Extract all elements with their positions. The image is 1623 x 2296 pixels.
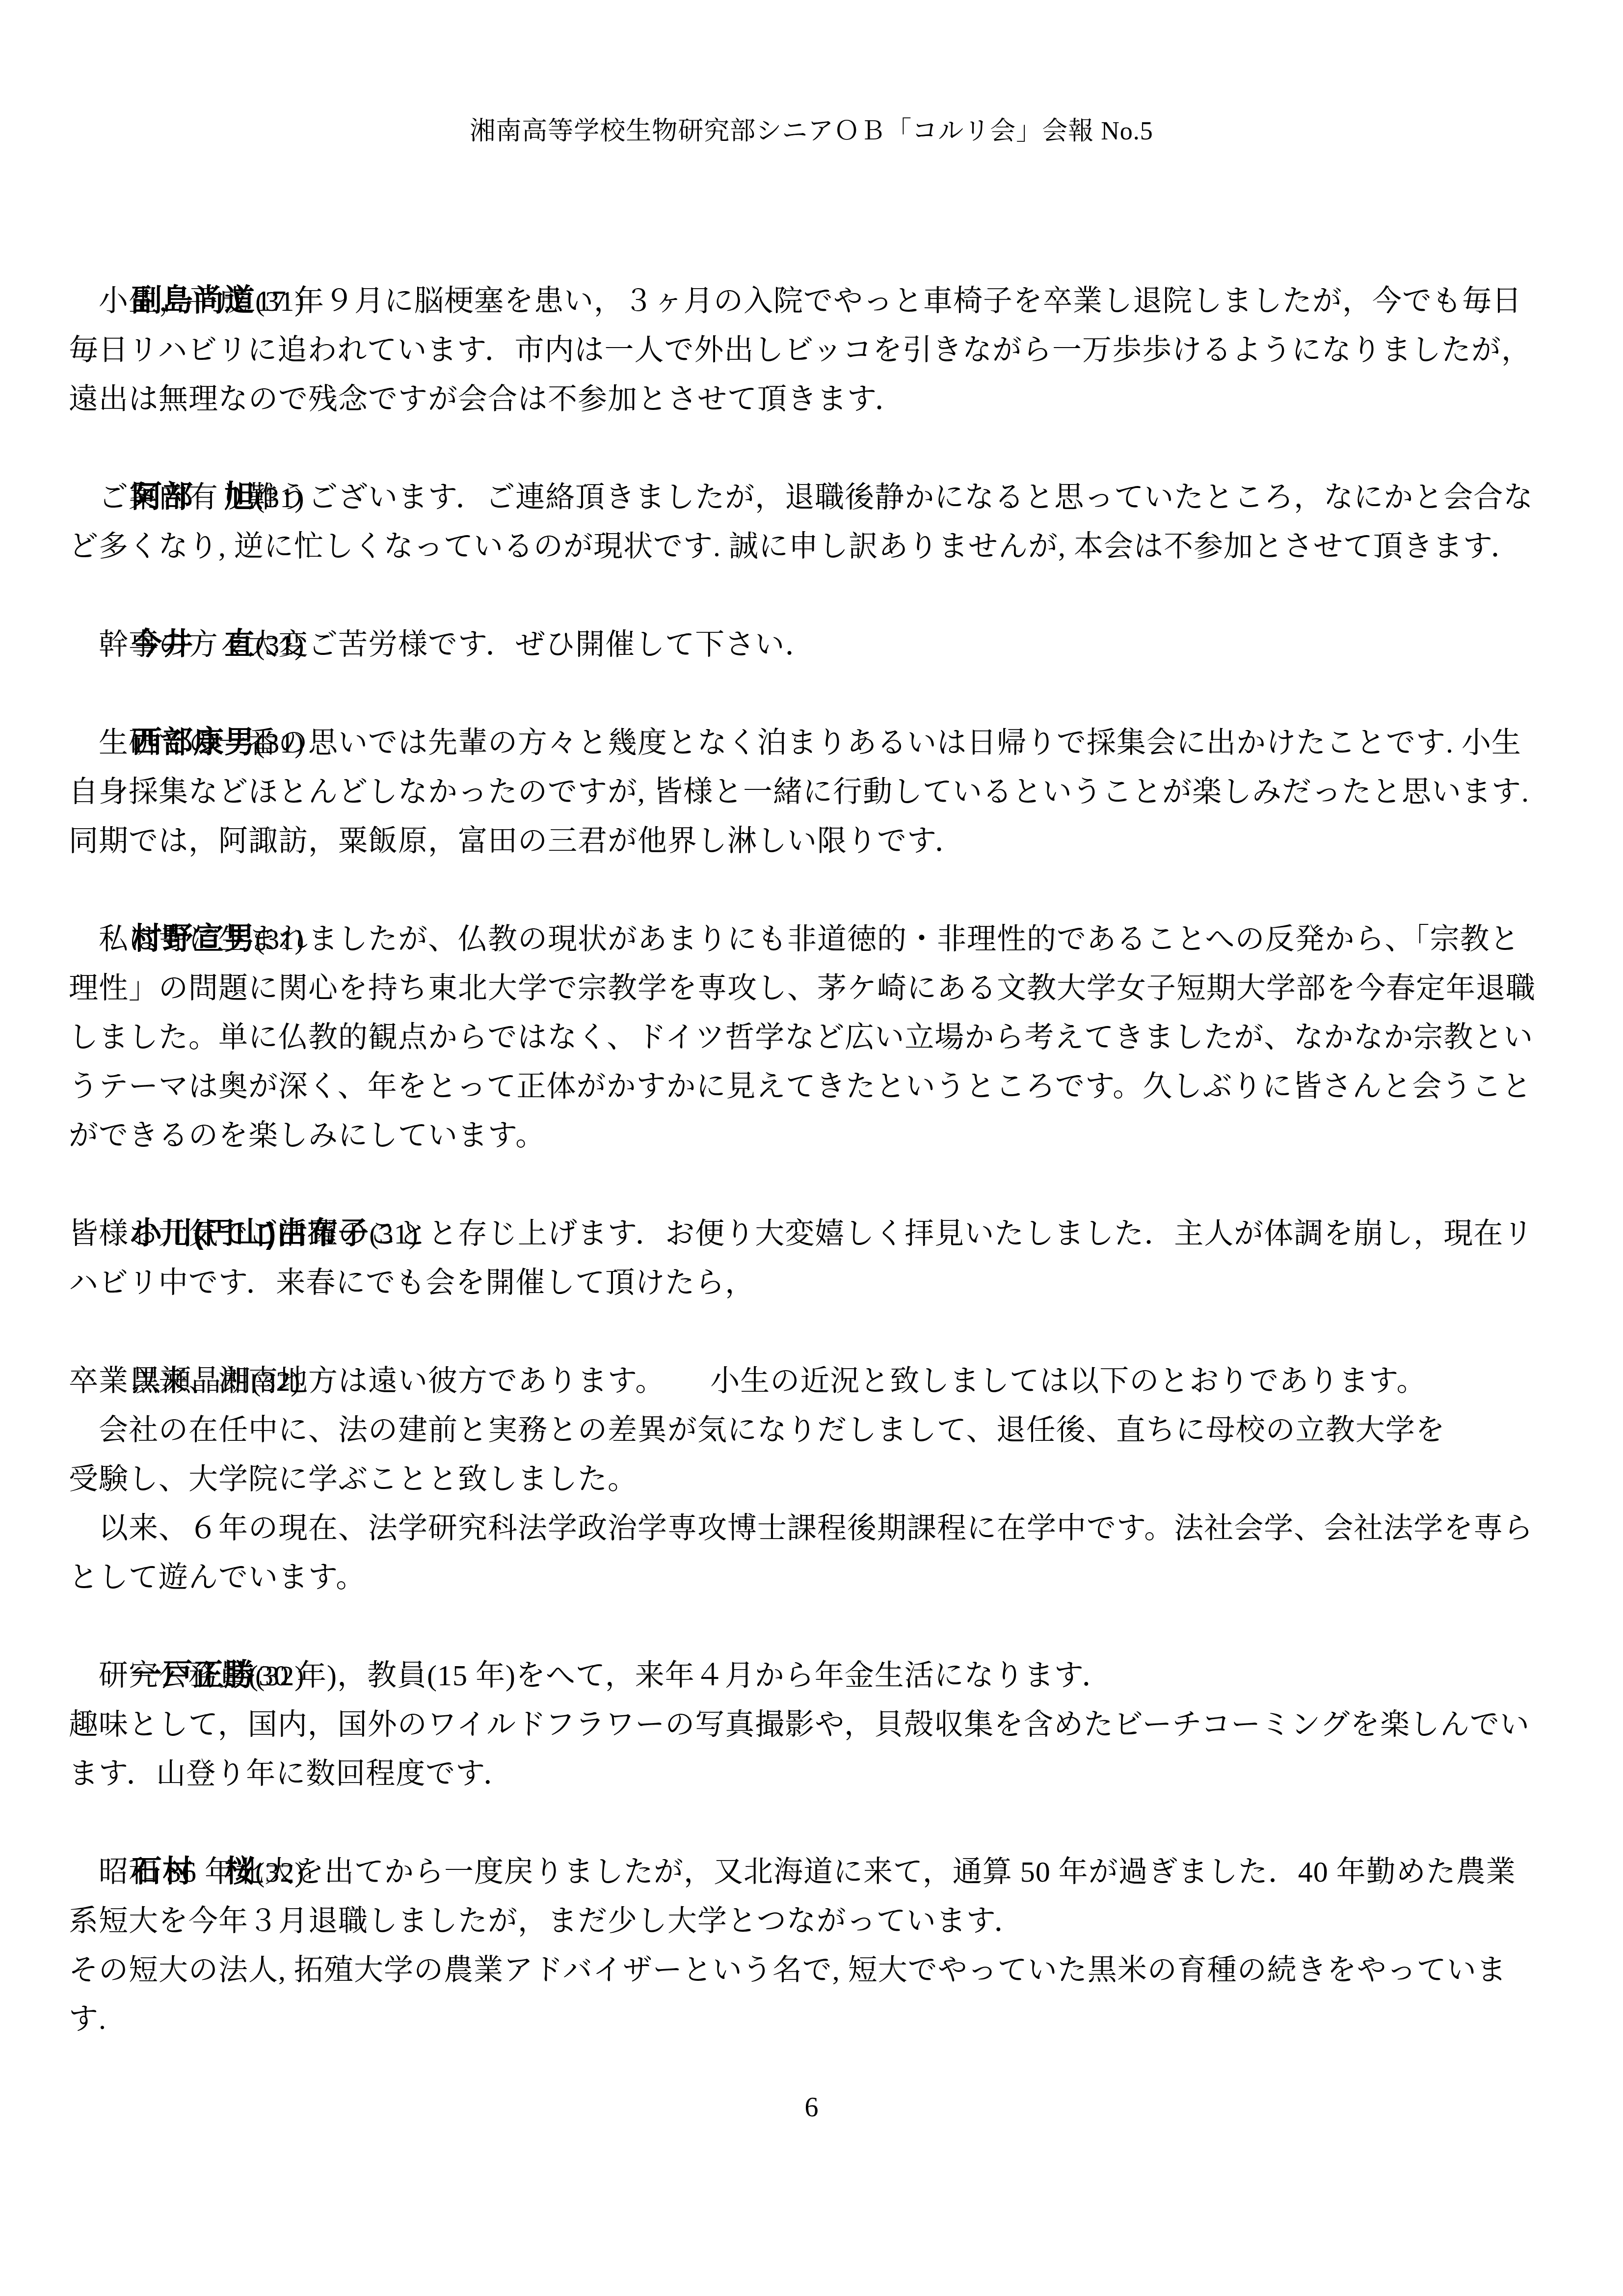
- entry-text-line: 受験し、大学院に学ぶことと致しました。: [69, 1455, 1570, 1504]
- entry-text-line: ど多くなり, 逆に忙しくなっているのが現状です. 誠に申し訳ありませんが, 本会…: [69, 522, 1570, 571]
- entry-text-line: 幹事の方々大変ご苦労様です．ぜひ開催して下さい．: [69, 620, 1570, 669]
- member-name-heading: 小川(円山)由布子(31): [69, 1160, 1570, 1209]
- member-entry: 一戸正勝(32) 研究公務員(30 年)，教員(15 年)をへて，来年４月から年…: [69, 1602, 1570, 1798]
- entry-text-line: 遠出は無理なので残念ですが会合は不参加とさせて頂きます．: [69, 375, 1570, 424]
- entry-text-line: うテーマは奥が深く、年をとって正体がかすかに見えてきたというところです。久しぶり…: [69, 1062, 1570, 1111]
- page-number: 6: [0, 2083, 1623, 2132]
- member-entry: 石村 桜(32) 昭和 36 年北大を出てから一度戻りましたが，又北海道に来て，…: [69, 1798, 1570, 2044]
- entry-text-line: 卒業以来、湘南地方は遠い彼方であります。 小生の近況と致しましては以下のとおりで…: [69, 1356, 1570, 1405]
- entry-text-line: 以来、６年の現在、法学研究科法学政治学専攻博士課程後期課程に在学中です。法社会学…: [69, 1504, 1570, 1553]
- member-entry: 村野宣男(31) 私は寺に生まれましたが、仏教の現状があまりにも非道徳的・非理性…: [69, 865, 1570, 1160]
- page-title: 湘南高等学校生物研究部シニアＯＢ「コルリ会」会報 No.5: [0, 112, 1623, 151]
- entry-text-line: として遊んでいます。: [69, 1553, 1570, 1602]
- member-entry: 今井 直(31) 幹事の方々大変ご苦労様です．ぜひ開催して下さい．: [69, 571, 1570, 669]
- entry-text-line: 皆様お元気でご活躍のことと存じ上げます．お便り大変嬉しく拝見いたしました．主人が…: [69, 1209, 1570, 1258]
- entry-text-line: その短大の法人, 拓殖大学の農業アドバイザーという名で, 短大でやっていた黒米の…: [69, 1945, 1570, 1995]
- member-entry: 副島尚道(31) 小生，平成 17 年９月に脳梗塞を患い，３ヶ月の入院でやっと車…: [69, 227, 1570, 424]
- entry-text-line: ます．山登り年に数回程度です．: [69, 1749, 1570, 1798]
- entry-text-line: 理性」の問題に関心を持ち東北大学で宗教学を専攻し、茅ケ崎にある文教大学女子短期大…: [69, 964, 1570, 1013]
- entry-text-line: 昭和 36 年北大を出てから一度戻りましたが，又北海道に来て，通算 50 年が過…: [69, 1847, 1570, 1896]
- member-name-heading: 副島尚道(31): [69, 227, 1570, 276]
- entry-text-line: 会社の在任中に、法の建前と実務との差異が気になりだしまして、退任後、直ちに母校の…: [69, 1405, 1570, 1455]
- entry-text-line: 生研での一番の思いでは先輩の方々と幾度となく泊まりあるいは日帰りで採集会に出かけ…: [69, 718, 1570, 767]
- entry-text-line: 系短大を今年３月退職しましたが，まだ少し大学とつながっています．: [69, 1896, 1570, 1945]
- entry-text-line: 私は寺に生まれましたが、仏教の現状があまりにも非道徳的・非理性的であることへの反…: [69, 915, 1570, 964]
- member-entry: 阿部 旭(31) ご案内有り難うございます．ご連絡頂きましたが，退職後静かになる…: [69, 424, 1570, 571]
- member-entry: 小川(円山)由布子(31) 皆様お元気でご活躍のことと存じ上げます．お便り大変嬉…: [69, 1160, 1570, 1307]
- member-name-heading: 黒瀬晶朗(32): [69, 1307, 1570, 1356]
- entry-text-line: 趣味として，国内，国外のワイルドフラワーの写真撮影や，貝殻収集を含めたビーチコー…: [69, 1700, 1570, 1749]
- entry-text-line: ができるのを楽しみにしています。: [69, 1111, 1570, 1160]
- entry-text-line: ハビリ中です．来春にでも会を開催して頂けたら，: [69, 1258, 1570, 1307]
- member-name-heading: 今井 直(31): [69, 571, 1570, 620]
- member-name-heading: 一戸正勝(32): [69, 1602, 1570, 1651]
- member-entry: 西部康男(31) 生研での一番の思いでは先輩の方々と幾度となく泊まりあるいは日帰…: [69, 669, 1570, 865]
- entry-text-line: す.: [69, 1995, 1570, 2044]
- entry-text-line: 自身採集などほとんどしなかったのですが, 皆様と一緒に行動しているということが楽…: [69, 767, 1570, 816]
- member-name-heading: 西部康男(31): [69, 669, 1570, 718]
- member-entry: 黒瀬晶朗(32) 卒業以来、湘南地方は遠い彼方であります。 小生の近況と致しまし…: [69, 1307, 1570, 1602]
- entry-text-line: 同期では，阿諏訪，粟飯原，富田の三君が他界し淋しい限りです．: [69, 816, 1570, 865]
- entry-text-line: 研究公務員(30 年)，教員(15 年)をへて，来年４月から年金生活になります．: [69, 1651, 1570, 1700]
- entry-text-line: ご案内有り難うございます．ご連絡頂きましたが，退職後静かになると思っていたところ…: [69, 473, 1570, 522]
- entry-text-line: 毎日リハビリに追われています．市内は一人で外出しビッコを引きながら一万歩歩けるよ…: [69, 325, 1570, 375]
- member-name-heading: 石村 桜(32): [69, 1798, 1570, 1847]
- newsletter-body: 副島尚道(31) 小生，平成 17 年９月に脳梗塞を患い，３ヶ月の入院でやっと車…: [69, 227, 1570, 2044]
- entry-text-line: しました。単に仏教的観点からではなく、ドイツ哲学など広い立場から考えてきましたが…: [69, 1013, 1570, 1062]
- document-page: 湘南高等学校生物研究部シニアＯＢ「コルリ会」会報 No.5 副島尚道(31) 小…: [0, 0, 1623, 2296]
- member-name-heading: 阿部 旭(31): [69, 424, 1570, 473]
- member-name-heading: 村野宣男(31): [69, 865, 1570, 915]
- entry-text-line: 小生，平成 17 年９月に脳梗塞を患い，３ヶ月の入院でやっと車椅子を卒業し退院し…: [69, 276, 1570, 325]
